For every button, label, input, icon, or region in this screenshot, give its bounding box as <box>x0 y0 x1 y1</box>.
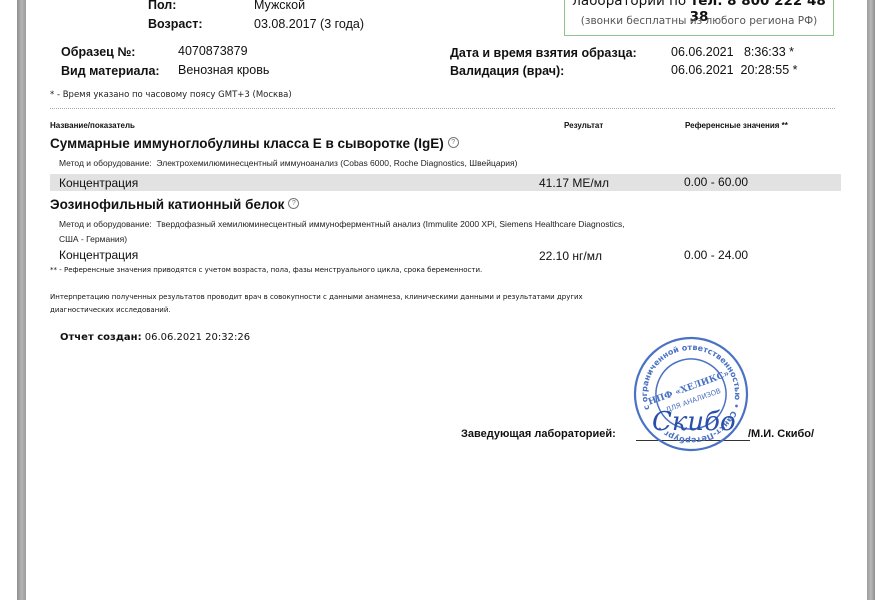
interpretation-note-2: диагностических исследований. <box>50 306 171 314</box>
reference-note: ** - Референсные значения приводятся с у… <box>50 266 482 274</box>
sample-number-value: 4070873879 <box>178 44 248 58</box>
test-method-ecp: Метод и оборудование: Твердофазный хемил… <box>59 219 625 229</box>
contact-box: лаборатории по тел. 8 800 222 48 38 (зво… <box>564 0 834 36</box>
signature-name: /М.И. Скибо/ <box>748 428 814 440</box>
stamp-ring-text: с ограниченной ответственностью • Санкт-… <box>632 330 750 458</box>
page-shadow-left <box>17 0 26 600</box>
report-page: Пол: Мужской Возраст: 03.08.2017 (3 года… <box>26 0 867 600</box>
header-reference: Референсные значения ** <box>685 121 788 130</box>
test-title-text: Эозинофильный катионный белок <box>50 197 284 212</box>
test-method-ige: Метод и оборудование: Электрохемилюминес… <box>59 158 517 168</box>
test-method-ecp-cont: США - Германия) <box>59 234 127 244</box>
material-label: Вид материала: <box>61 64 160 78</box>
separator <box>50 108 835 109</box>
interpretation-note-1: Интерпретацию полученных результатов про… <box>50 293 583 301</box>
contact-note: (звонки бесплатны из любого региона РФ) <box>565 15 833 27</box>
sex-value: Мужской <box>254 0 305 12</box>
contact-prefix: лаборатории по <box>572 0 686 9</box>
method-text: Электрохемилюминесцентный иммуноанализ (… <box>156 158 517 168</box>
material-value: Венозная кровь <box>178 63 269 77</box>
timezone-note: * - Время указано по часовому поясу GMT+… <box>50 90 292 100</box>
row-reference-ecp: 0.00 - 24.00 <box>684 248 748 262</box>
collected-value: 06.06.2021 8:36:33 * <box>671 45 794 59</box>
report-created: Отчет создан: 06.06.2021 20:32:26 <box>60 332 250 343</box>
method-label: Метод и оборудование: <box>59 219 152 229</box>
handwritten-signature: Скибо <box>652 407 736 437</box>
question-circle-icon[interactable]: ? <box>448 137 459 148</box>
sample-number-label: Образец №: <box>61 45 135 59</box>
header-name: Название/показатель <box>50 121 135 130</box>
validation-value: 06.06.2021 20:28:55 * <box>671 63 798 77</box>
test-title-ige: Суммарные иммуноглобулины класса E в сыв… <box>50 136 459 151</box>
row-result-ecp: 22.10 нг/мл <box>539 249 602 263</box>
lab-stamp-icon: с ограниченной ответственностью • Санкт-… <box>632 330 750 458</box>
age-value: 03.08.2017 (3 года) <box>254 17 364 31</box>
row-reference-ige: 0.00 - 60.00 <box>684 175 748 189</box>
signature-label: Заведующая лабораторией: <box>461 428 616 440</box>
report-created-label: Отчет создан: <box>60 332 142 343</box>
header-result: Результат <box>564 121 603 130</box>
validation-label: Валидация (врач): <box>450 64 564 78</box>
method-text: Твердофазный хемилюминесцентный иммунофе… <box>156 219 624 229</box>
row-name-ige: Концентрация <box>59 176 138 190</box>
page-shadow-right <box>867 0 875 600</box>
age-label: Возраст: <box>148 17 203 31</box>
test-title-text: Суммарные иммуноглобулины класса E в сыв… <box>50 136 444 151</box>
question-circle-icon[interactable]: ? <box>288 198 299 209</box>
test-title-ecp: Эозинофильный катионный белок? <box>50 197 299 212</box>
svg-text:с ограниченной ответственность: с ограниченной ответственностью • Санкт-… <box>632 330 750 458</box>
sex-label: Пол: <box>148 0 176 12</box>
row-name-ecp: Концентрация <box>59 248 138 262</box>
row-result-ige: 41.17 МЕ/мл <box>539 176 609 190</box>
collected-label: Дата и время взятия образца: <box>450 46 637 60</box>
method-label: Метод и оборудование: <box>59 158 152 168</box>
report-created-value: 06.06.2021 20:32:26 <box>145 332 250 343</box>
